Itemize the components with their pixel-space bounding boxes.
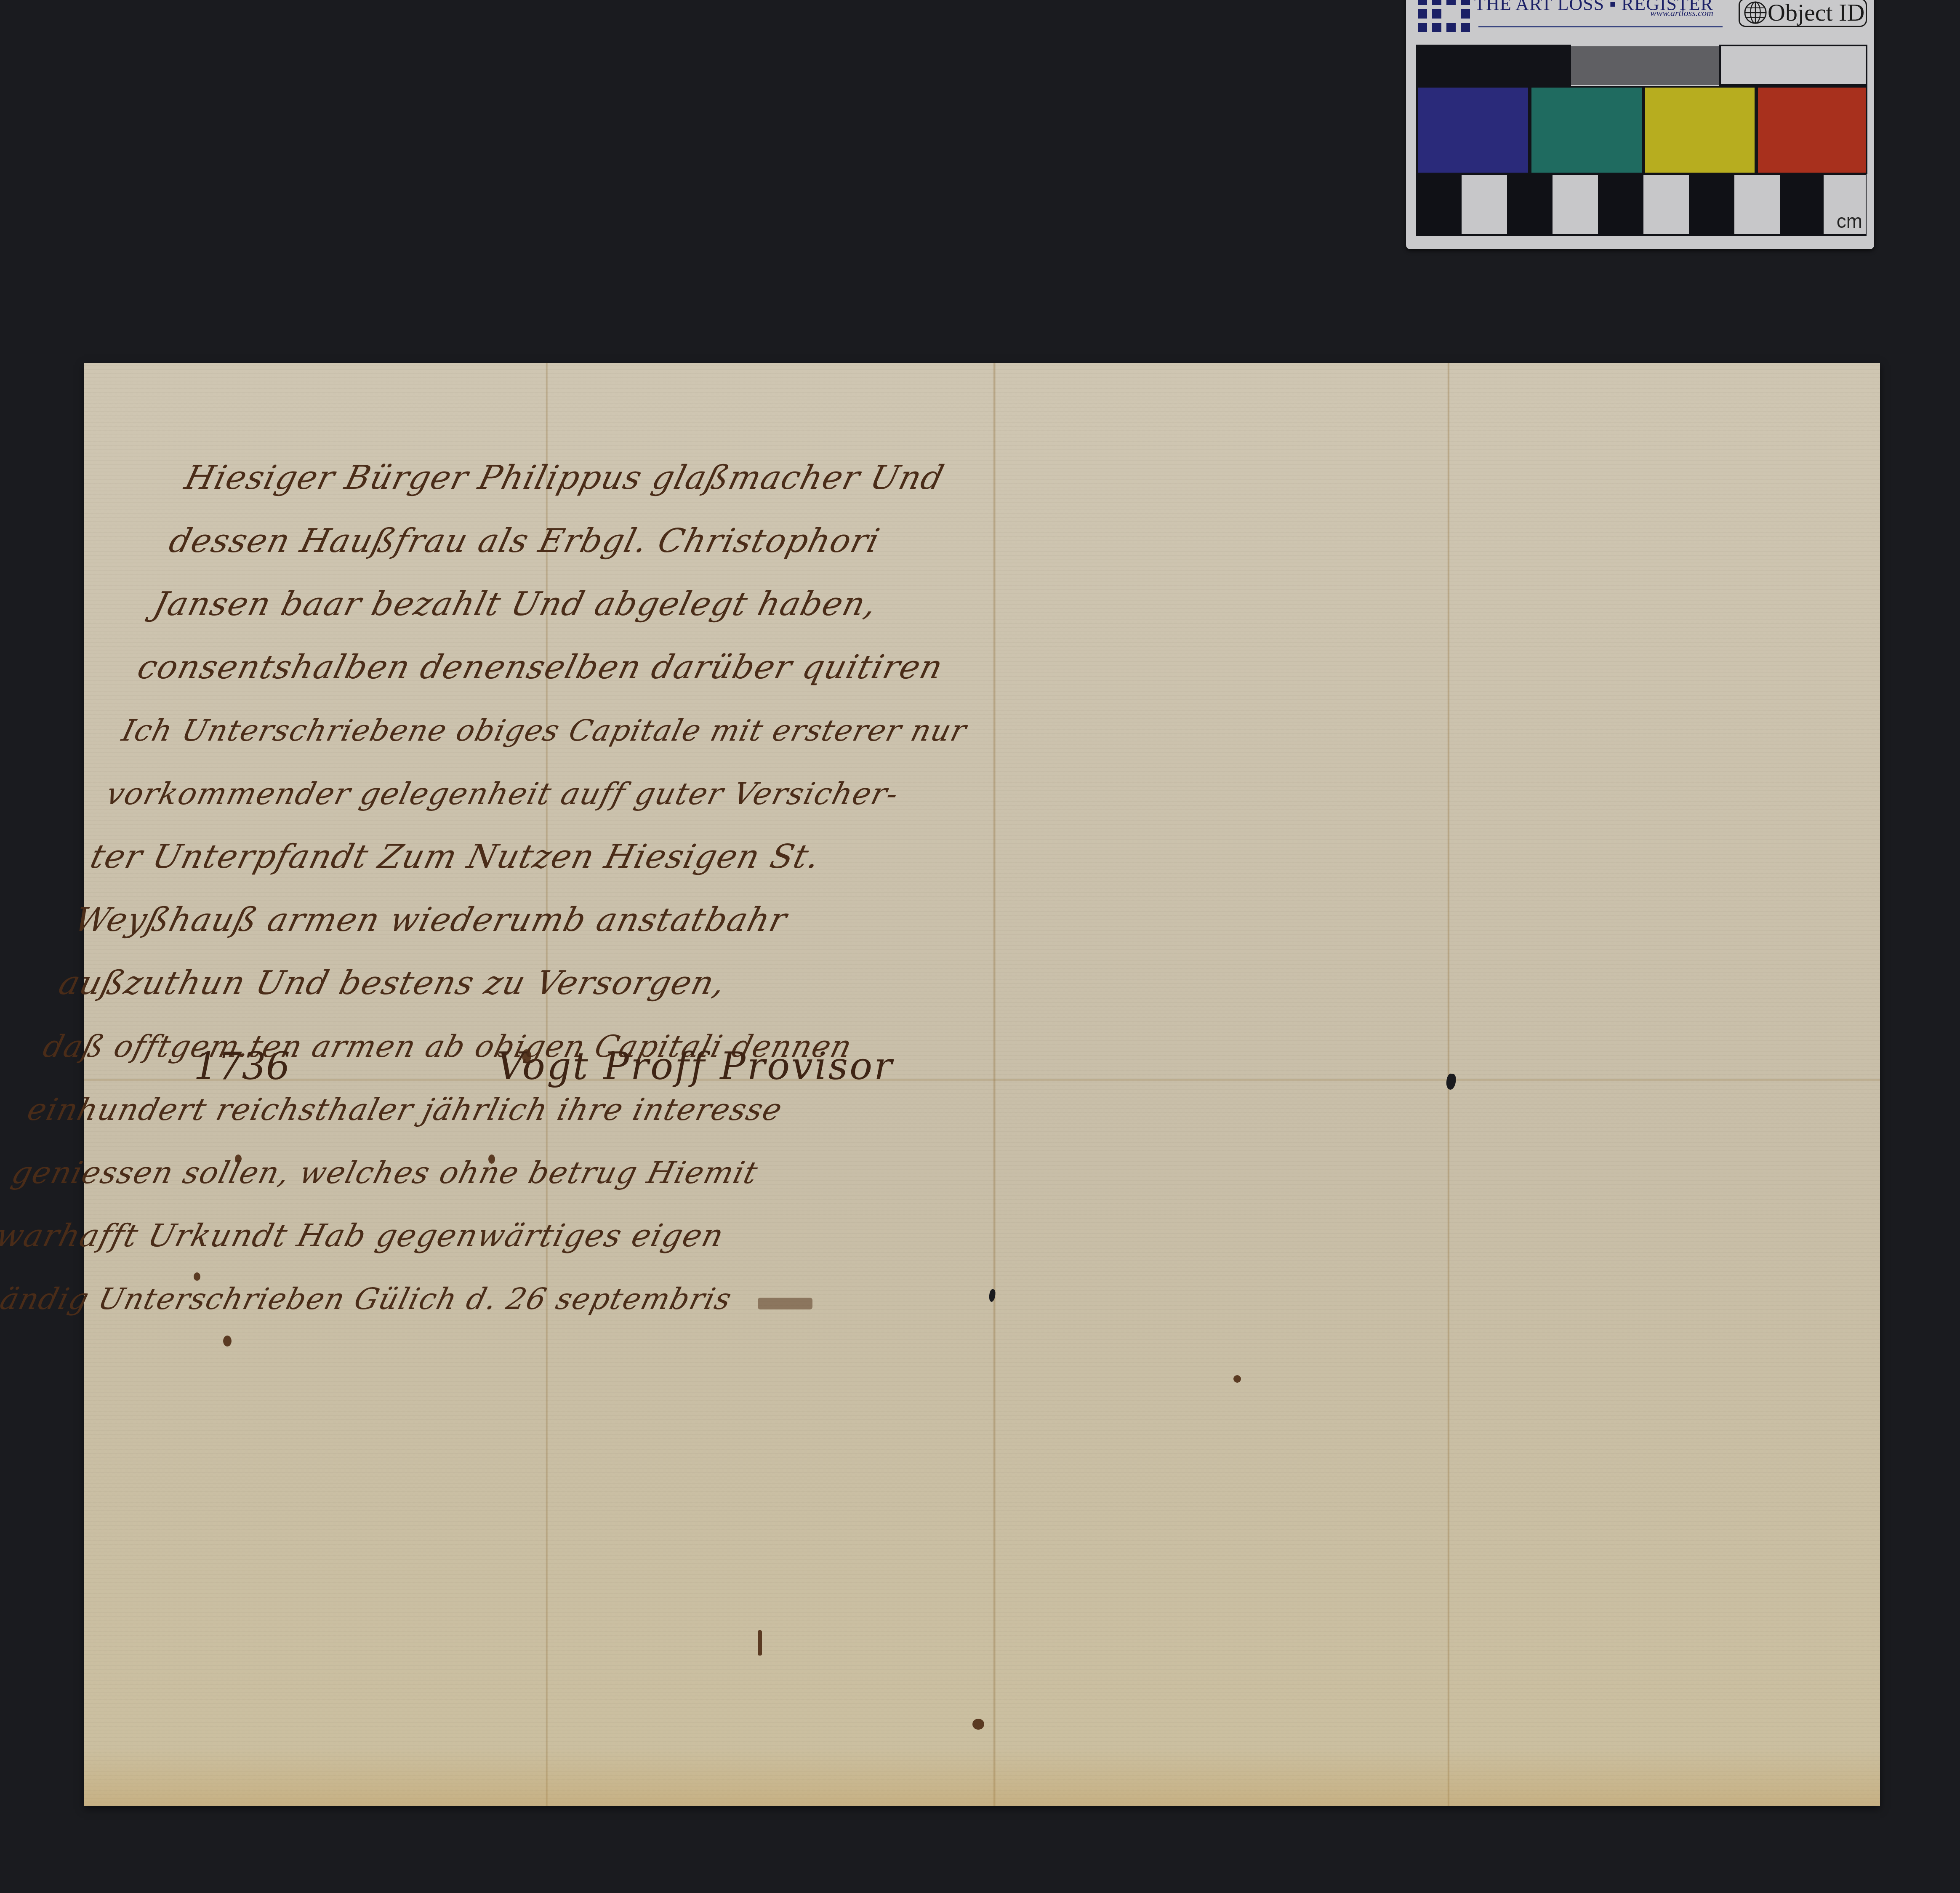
ink-spot <box>972 1719 984 1730</box>
swatch-teal <box>1530 86 1643 174</box>
text-line: vorkommender gelegenheit auff guter Vers… <box>99 762 923 825</box>
signature-row: 1736 Vogt Proff Provisor <box>194 1044 993 1107</box>
card-url: www.artloss.com <box>1532 8 1713 19</box>
text-line: Ich Unterschriebene obiges Capitale mit … <box>115 699 939 762</box>
edge-stain <box>84 1747 1880 1806</box>
art-loss-register-logo-icon <box>1418 0 1473 27</box>
ink-spot <box>223 1336 232 1346</box>
text-line: außzuthun Und bestens zu Versorgen, <box>52 952 876 1015</box>
swatch-red <box>1756 86 1867 174</box>
ink-mark <box>758 1630 762 1656</box>
cm-scale-ruler: cm <box>1416 173 1867 236</box>
object-id-badge: Object ID <box>1739 0 1867 27</box>
text-line: consentshalben denenselben darüber quiti… <box>130 636 954 699</box>
ink-spot <box>1233 1375 1241 1383</box>
document-year: 1736 <box>194 1044 290 1088</box>
text-line: Hiesiger Bürger Philippus glaßmacher Und <box>178 446 1002 509</box>
swatch-white <box>1719 45 1867 86</box>
cm-unit-label: cm <box>1837 210 1862 232</box>
text-line: Jansen baar bezahlt Und abgelegt haben, <box>146 573 970 636</box>
text-line: warhafft Urkundt Hab gegenwärtiges eigen <box>0 1204 813 1267</box>
object-id-label: Object ID <box>1768 0 1864 25</box>
card-divider <box>1478 26 1723 27</box>
text-line: geniessen sollen, welches ohne betrug Hi… <box>5 1141 828 1204</box>
text-line: ter Unterpfandt Zum Nutzen Hiesigen St. <box>83 825 907 888</box>
text-line: dessen Haußfrau als Erbgl. Christophori <box>162 509 986 573</box>
color-calibration-card: THE ART LOSS ▪ REGISTER www.artloss.com … <box>1406 0 1874 249</box>
swatch-blue <box>1416 86 1530 174</box>
text-line: händig Unterschrieben Gülich d. 26 septe… <box>0 1267 797 1330</box>
swatch-gray <box>1571 46 1719 85</box>
swatch-black <box>1416 45 1571 86</box>
globe-icon <box>1743 0 1768 25</box>
swatch-yellow <box>1643 86 1756 174</box>
text-line: Weyßhauß armen wiederumb anstatbahr <box>68 888 892 952</box>
signature: Vogt Proff Provisor <box>497 1044 894 1088</box>
